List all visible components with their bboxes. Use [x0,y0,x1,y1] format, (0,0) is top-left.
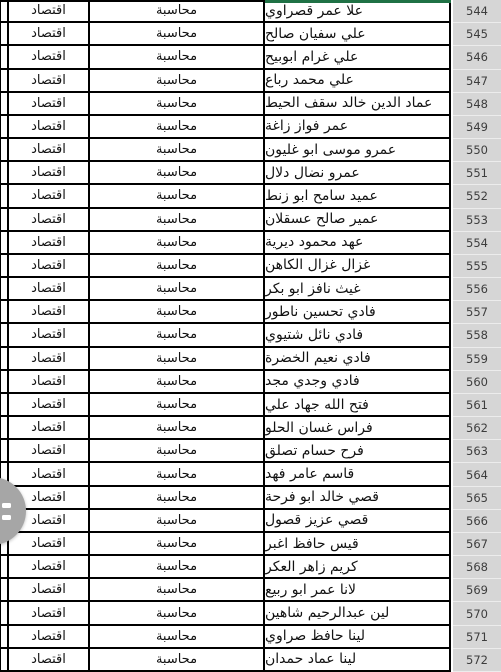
clipped-edge-cell [0,0,9,23]
faculty-cell[interactable]: اقتصاد [9,602,90,625]
dept-cell[interactable]: محاسبة [90,255,265,278]
student-name-cell[interactable]: عمرو نضال دلال [265,162,451,185]
student-name-cell[interactable]: لانا عمر ابو ربيع [265,579,451,602]
row-number-header[interactable]: 550 [453,139,501,162]
faculty-cell[interactable]: اقتصاد [9,417,90,440]
faculty-cell[interactable]: اقتصاد [9,232,90,255]
faculty-cell[interactable]: اقتصاد [9,463,90,486]
student-name-cell[interactable]: فتح الله جهاد علي [265,394,451,417]
dept-cell[interactable]: محاسبة [90,602,265,625]
clipped-edge-cell [0,209,9,232]
faculty-cell[interactable]: اقتصاد [9,0,90,23]
student-name-cell[interactable]: غزال غزال الكاهن [265,255,451,278]
dept-cell[interactable]: محاسبة [90,301,265,324]
row-number-header[interactable]: 562 [453,417,501,440]
row-number-header[interactable]: 552 [453,185,501,208]
dept-cell[interactable]: محاسبة [90,0,265,23]
student-name-cell[interactable]: قصي خالد ابو فرحة [265,487,451,510]
clipped-edge-cell [0,23,9,46]
student-name-cell[interactable]: علا عمر قصراوي [265,0,451,23]
clipped-edge-cell [0,371,9,394]
student-name-cell[interactable]: قصي عزيز قصول [265,510,451,533]
faculty-cell[interactable]: اقتصاد [9,162,90,185]
row-number-header[interactable]: 572 [453,649,501,672]
clipped-edge-cell [0,394,9,417]
table-row: اقتصاد محاسبة قيس حافظ اغبر 567 [0,533,501,556]
dept-cell[interactable]: محاسبة [90,417,265,440]
clipped-edge-cell [0,649,9,672]
table-row: اقتصاد محاسبة علا عمر قصراوي 544 [0,0,501,23]
table-row: اقتصاد محاسبة لانا عمر ابو ربيع 569 [0,579,501,602]
student-name-cell[interactable]: قيس حافظ اغبر [265,533,451,556]
row-number-header[interactable]: 567 [453,533,501,556]
faculty-cell[interactable]: اقتصاد [9,649,90,672]
faculty-cell[interactable]: اقتصاد [9,394,90,417]
table-row: اقتصاد محاسبة غيث نافز ابو بكر 556 [0,278,501,301]
dept-cell[interactable]: محاسبة [90,185,265,208]
clipped-edge-cell [0,278,9,301]
table-row: اقتصاد محاسبة قصي عزيز قصول 566 [0,510,501,533]
dept-cell[interactable]: محاسبة [90,232,265,255]
student-name-cell[interactable]: علي سفيان صالح [265,23,451,46]
clipped-edge-cell [0,116,9,139]
row-number-header[interactable]: 570 [453,602,501,625]
spreadsheet-viewport: اقتصاد محاسبة علا عمر قصراوي 544 اقتصاد … [0,0,501,672]
table-row: اقتصاد محاسبة لينا حافظ صراوي 571 [0,626,501,649]
table-row: اقتصاد محاسبة فادي نعيم الخضرة 559 [0,348,501,371]
table-row: اقتصاد محاسبة عمير صالح عسقلان 553 [0,209,501,232]
clipped-edge-cell [0,602,9,625]
row-number-header[interactable]: 568 [453,556,501,579]
table-row: اقتصاد محاسبة لينا عماد حمدان 572 [0,649,501,672]
dept-cell[interactable]: محاسبة [90,46,265,69]
student-name-cell[interactable]: علي محمد رباع [265,70,451,93]
clipped-edge-cell [0,93,9,116]
clipped-edge-cell [0,324,9,347]
table-row: اقتصاد محاسبة فراس غسان الحلو 562 [0,417,501,440]
row-number-header[interactable]: 564 [453,463,501,486]
table-row: اقتصاد محاسبة عهد محمود ديرية 554 [0,232,501,255]
faculty-cell[interactable]: اقتصاد [9,324,90,347]
active-cell-selection-border [265,0,451,3]
clipped-edge-cell [0,579,9,602]
student-name-cell[interactable]: قاسم عامر فهد [265,463,451,486]
dept-cell[interactable]: محاسبة [90,70,265,93]
dept-cell[interactable]: محاسبة [90,348,265,371]
row-number-header[interactable]: 555 [453,255,501,278]
dept-cell[interactable]: محاسبة [90,162,265,185]
faculty-cell[interactable]: اقتصاد [9,533,90,556]
table-row: اقتصاد محاسبة فادي تحسين ناطور 557 [0,301,501,324]
clipped-edge-cell [0,626,9,649]
row-number-header[interactable]: 546 [453,46,501,69]
faculty-cell[interactable]: اقتصاد [9,301,90,324]
row-number-header[interactable]: 547 [453,70,501,93]
dept-cell[interactable]: محاسبة [90,487,265,510]
student-name-cell[interactable]: فادي وجدي مجد [265,371,451,394]
clipped-edge-cell [0,185,9,208]
spreadsheet-grid: اقتصاد محاسبة علا عمر قصراوي 544 اقتصاد … [0,0,501,672]
student-name-cell[interactable]: لينا حافظ صراوي [265,626,451,649]
faculty-cell[interactable]: اقتصاد [9,70,90,93]
table-row: اقتصاد محاسبة لين عبدالرحيم شاهين 570 [0,602,501,625]
table-row: اقتصاد محاسبة عماد الدين خالد سقف الحيط … [0,93,501,116]
row-number-header[interactable]: 558 [453,324,501,347]
dept-cell[interactable]: محاسبة [90,533,265,556]
table-row: اقتصاد محاسبة عمر فواز زاغة 549 [0,116,501,139]
student-name-cell[interactable]: كريم زاهر العكر [265,556,451,579]
faculty-cell[interactable]: اقتصاد [9,371,90,394]
dept-cell[interactable]: محاسبة [90,626,265,649]
row-number-header[interactable]: 565 [453,487,501,510]
row-number-header[interactable]: 557 [453,301,501,324]
clipped-edge-cell [0,46,9,69]
student-name-cell[interactable]: فادي تحسين ناطور [265,301,451,324]
row-number-header[interactable]: 561 [453,394,501,417]
student-name-cell[interactable]: فراس غسان الحلو [265,417,451,440]
row-number-header[interactable]: 551 [453,162,501,185]
clipped-edge-cell [0,301,9,324]
table-row: اقتصاد محاسبة عمرو موسى ابو غليون 550 [0,139,501,162]
student-name-cell[interactable]: علي غرام ابوبيح [265,46,451,69]
table-row: اقتصاد محاسبة علي محمد رباع 547 [0,70,501,93]
faculty-cell[interactable]: اقتصاد [9,278,90,301]
row-number-header[interactable]: 556 [453,278,501,301]
dept-cell[interactable]: محاسبة [90,139,265,162]
clipped-edge-cell [0,348,9,371]
faculty-cell[interactable]: اقتصاد [9,579,90,602]
clipped-edge-cell [0,232,9,255]
table-row: اقتصاد محاسبة عمرو نضال دلال 551 [0,162,501,185]
student-name-cell[interactable]: فادي نعيم الخضرة [265,348,451,371]
table-row: اقتصاد محاسبة فرح حسام تصلق 563 [0,440,501,463]
clipped-edge-cell [0,162,9,185]
student-name-cell[interactable]: لين عبدالرحيم شاهين [265,602,451,625]
faculty-cell[interactable]: اقتصاد [9,209,90,232]
faculty-cell[interactable]: اقتصاد [9,185,90,208]
dept-cell[interactable]: محاسبة [90,324,265,347]
table-row: اقتصاد محاسبة فادي وجدي مجد 560 [0,371,501,394]
clipped-edge-cell [0,70,9,93]
student-name-cell[interactable]: عماد الدين خالد سقف الحيط [265,93,451,116]
dept-cell[interactable]: محاسبة [90,579,265,602]
student-name-cell[interactable]: عمرو موسى ابو غليون [265,139,451,162]
faculty-cell[interactable]: اقتصاد [9,116,90,139]
faculty-cell[interactable]: اقتصاد [9,556,90,579]
student-name-cell[interactable]: عمير صالح عسقلان [265,209,451,232]
table-row: اقتصاد محاسبة قاسم عامر فهد 564 [0,463,501,486]
student-name-cell[interactable]: فرح حسام تصلق [265,440,451,463]
dept-cell[interactable]: محاسبة [90,23,265,46]
table-row: اقتصاد محاسبة كريم زاهر العكر 568 [0,556,501,579]
dept-cell[interactable]: محاسبة [90,394,265,417]
student-name-cell[interactable]: لينا عماد حمدان [265,649,451,672]
clipped-edge-cell [0,556,9,579]
row-number-header[interactable]: 548 [453,93,501,116]
drag-handle-icon [2,515,11,520]
faculty-cell[interactable]: اقتصاد [9,255,90,278]
dept-cell[interactable]: محاسبة [90,93,265,116]
row-number-header[interactable]: 559 [453,348,501,371]
student-name-cell[interactable]: فادي نائل شتيوي [265,324,451,347]
table-row: اقتصاد محاسبة فتح الله جهاد علي 561 [0,394,501,417]
clipped-edge-cell [0,440,9,463]
row-number-header[interactable]: 553 [453,209,501,232]
row-number-header[interactable]: 566 [453,510,501,533]
faculty-cell[interactable]: اقتصاد [9,440,90,463]
row-number-header[interactable]: 554 [453,232,501,255]
dept-cell[interactable]: محاسبة [90,440,265,463]
student-name-cell[interactable]: عهد محمود ديرية [265,232,451,255]
table-row: اقتصاد محاسبة عميد سامح ابو زنط 552 [0,185,501,208]
row-number-header[interactable]: 571 [453,626,501,649]
student-name-cell[interactable]: غيث نافز ابو بكر [265,278,451,301]
row-number-header[interactable]: 545 [453,23,501,46]
student-name-cell[interactable]: عمر فواز زاغة [265,116,451,139]
dept-cell[interactable]: محاسبة [90,463,265,486]
faculty-cell[interactable]: اقتصاد [9,139,90,162]
row-number-header[interactable]: 560 [453,371,501,394]
dept-cell[interactable]: محاسبة [90,556,265,579]
faculty-cell[interactable]: اقتصاد [9,23,90,46]
faculty-cell[interactable]: اقتصاد [9,626,90,649]
faculty-cell[interactable]: اقتصاد [9,46,90,69]
faculty-cell[interactable]: اقتصاد [9,93,90,116]
faculty-cell[interactable]: اقتصاد [9,348,90,371]
table-row: اقتصاد محاسبة غزال غزال الكاهن 555 [0,255,501,278]
drag-handle-icon [2,503,11,508]
clipped-edge-cell [0,139,9,162]
table-row: اقتصاد محاسبة علي سفيان صالح 545 [0,23,501,46]
row-number-header[interactable]: 549 [453,116,501,139]
student-name-cell[interactable]: عميد سامح ابو زنط [265,185,451,208]
dept-cell[interactable]: محاسبة [90,209,265,232]
dept-cell[interactable]: محاسبة [90,371,265,394]
table-row: اقتصاد محاسبة قصي خالد ابو فرحة 565 [0,487,501,510]
row-number-header[interactable]: 544 [453,0,501,23]
dept-cell[interactable]: محاسبة [90,649,265,672]
row-number-header[interactable]: 569 [453,579,501,602]
row-number-header[interactable]: 563 [453,440,501,463]
dept-cell[interactable]: محاسبة [90,116,265,139]
table-row: اقتصاد محاسبة فادي نائل شتيوي 558 [0,324,501,347]
clipped-edge-cell [0,417,9,440]
dept-cell[interactable]: محاسبة [90,510,265,533]
table-row: اقتصاد محاسبة علي غرام ابوبيح 546 [0,46,501,69]
dept-cell[interactable]: محاسبة [90,278,265,301]
clipped-edge-cell [0,255,9,278]
